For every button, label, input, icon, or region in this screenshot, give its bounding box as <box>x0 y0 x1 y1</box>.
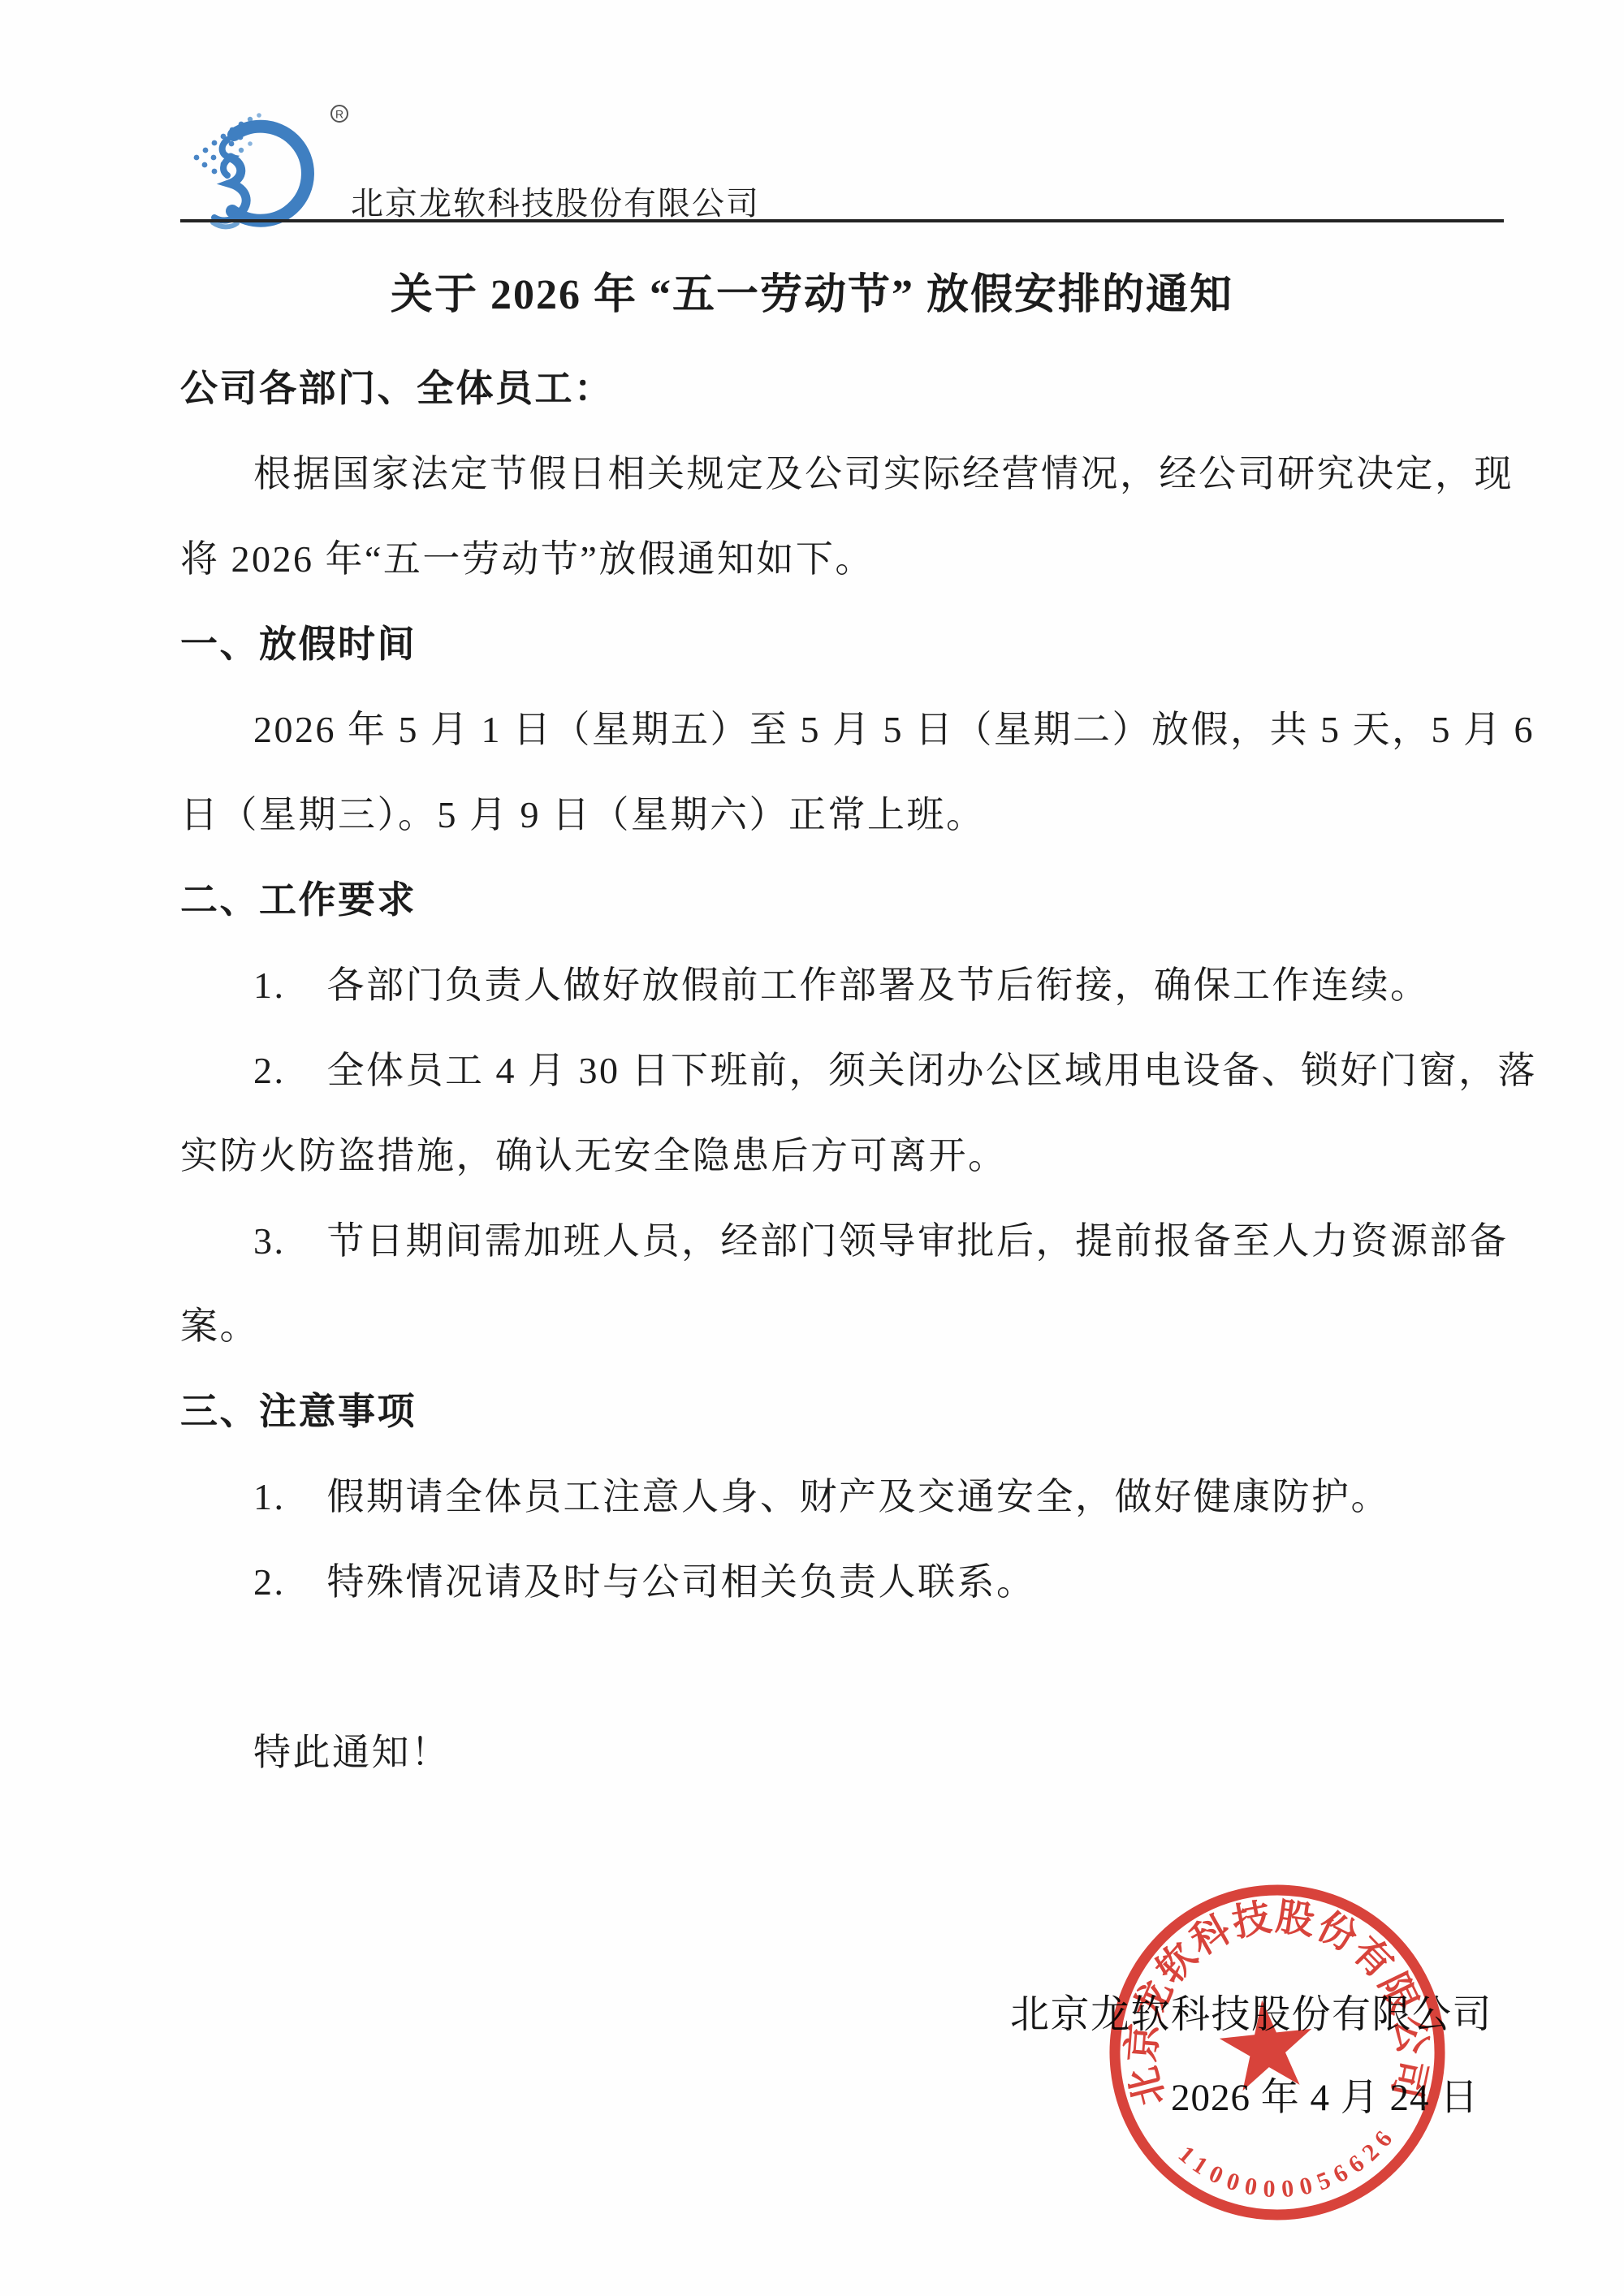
svg-text:R: R <box>335 108 343 121</box>
section-heading-2: 二、工作要求 <box>180 857 1512 943</box>
paragraph-line: 将 2026 年“五一劳动节”放假通知如下。 <box>180 516 1512 602</box>
svg-text:北京龙软科技股份有限公司: 北京龙软科技股份有限公司 <box>1105 1881 1438 2135</box>
greeting-line: 公司各部门、全体员工： <box>180 346 1512 431</box>
seal-company-text: 北京龙软科技股份有限公司 <box>1105 1881 1438 2135</box>
company-seal-stamp: 北京龙软科技股份有限公司 1100000056626 <box>1072 1847 1483 2258</box>
list-item-line: 1. 各部门负责人做好放假前工作部署及节后衔接，确保工作连续。 <box>180 943 1512 1028</box>
list-item-line: 实防火防盗措施，确认无安全隐患后方可离开。 <box>180 1113 1512 1198</box>
list-item-line: 3. 节日期间需加班人员，经部门领导审批后，提前报备至人力资源部备 <box>180 1198 1512 1284</box>
paragraph-line: 2026 年 5 月 1 日（星期五）至 5 月 5 日（星期二）放假，共 5 … <box>180 687 1512 772</box>
paragraph-line: 根据国家法定节假日相关规定及公司实际经营情况，经公司研究决定，现 <box>180 431 1512 516</box>
header-company-name: 北京龙软科技股份有限公司 <box>351 178 760 224</box>
closing-line: 特此通知！ <box>180 1710 1512 1795</box>
section-heading-3: 三、注意事项 <box>180 1369 1512 1454</box>
paragraph-line: 日（星期三）。5 月 9 日（星期六）正常上班。 <box>180 772 1512 857</box>
list-item-line: 2. 特殊情况请及时与公司相关负责人联系。 <box>180 1539 1512 1625</box>
list-item-line: 1. 假期请全体员工注意人身、财产及交通安全，做好健康防护。 <box>180 1454 1512 1539</box>
document-page: R 北京龙软科技股份有限公司 关于 2026 年 “五一劳动节” 放假安排的通知… <box>0 0 1624 2296</box>
registered-trademark-icon: R <box>331 106 348 122</box>
notice-title: 关于 2026 年 “五一劳动节” 放假安排的通知 <box>0 260 1624 321</box>
seal-star-icon <box>1216 1996 1317 2093</box>
section-heading-1: 一、放假时间 <box>180 602 1512 687</box>
header-divider <box>180 219 1504 222</box>
notice-body: 公司各部门、全体员工： 根据国家法定节假日相关规定及公司实际经营情况，经公司研究… <box>180 346 1512 1795</box>
list-item-line: 2. 全体员工 4 月 30 日下班前，须关闭办公区域用电设备、锁好门窗，落 <box>180 1028 1512 1113</box>
list-item-line: 案。 <box>180 1284 1512 1369</box>
